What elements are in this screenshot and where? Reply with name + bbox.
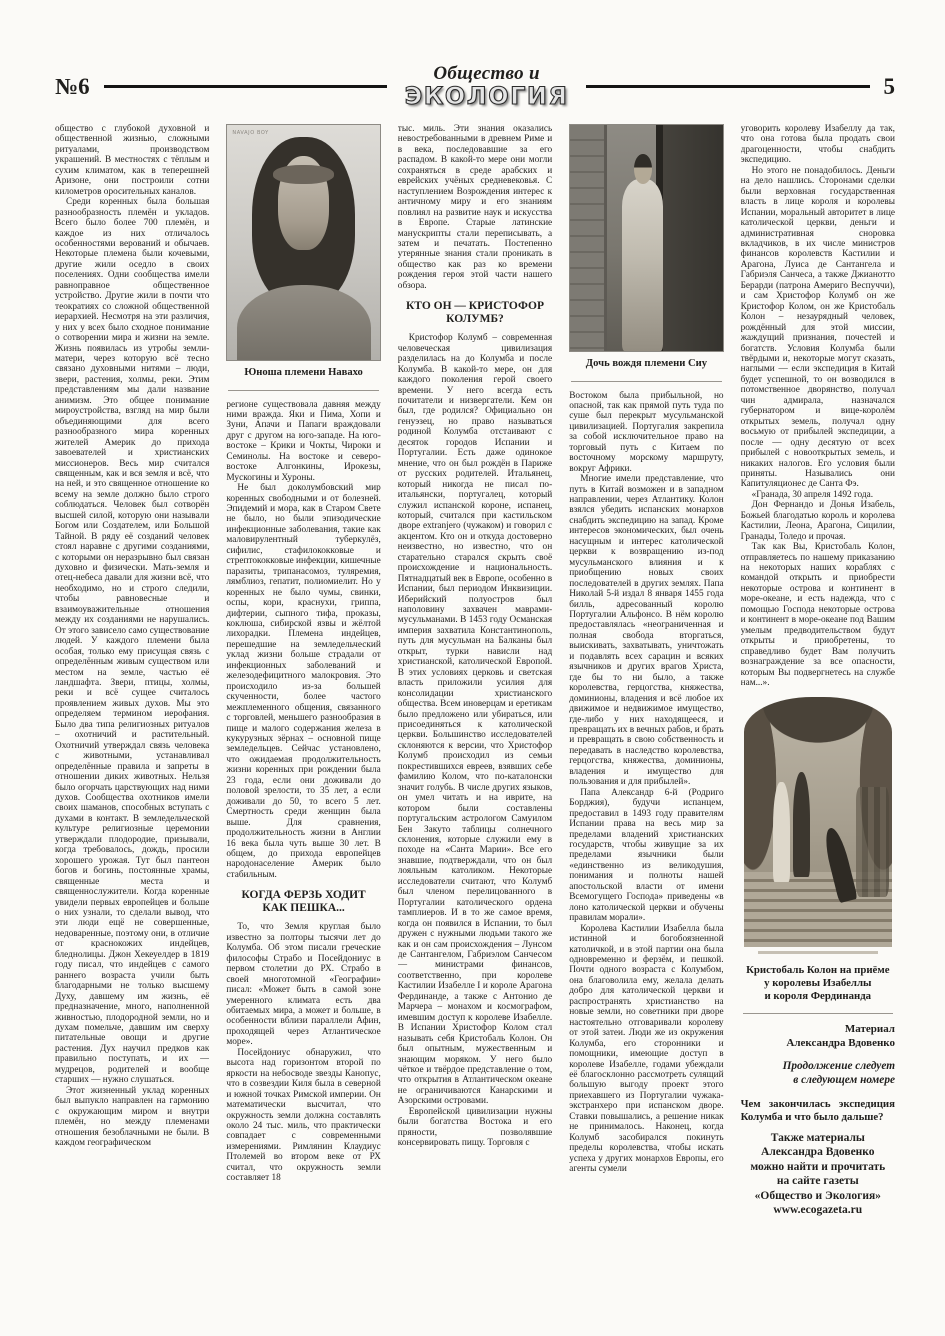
masthead-logo: Общество и ЭКОЛОГИЯ [401, 64, 573, 108]
paragraph: «Гранада, 30 апреля 1492 года. [741, 490, 895, 500]
column-5: уговорить королеву Изабеллу да так, что … [741, 124, 895, 1322]
engraving-caption: Кристобаль Колон на приёмеу королевы Иза… [741, 964, 895, 1003]
paragraph: Александра Вдовенко [741, 1145, 895, 1160]
paragraph: Также материалы [741, 1131, 895, 1146]
paragraph: Королева Кастилии Изабелла была истинной… [569, 924, 723, 1175]
paragraph: Не был доколумбовский мир коренных свобо… [226, 483, 380, 880]
paragraph: на сайте газеты [741, 1174, 895, 1189]
page-number: 5 [884, 75, 896, 98]
paragraph: www.ecogazeta.ru [741, 1203, 895, 1218]
material-credit: МатериалАлександра Вдовенко [741, 1023, 895, 1050]
engraving-columbus-reception [744, 697, 892, 947]
sioux-photo-caption: Дочь вождя племени Сиу [569, 358, 723, 371]
paragraph: Продолжение следует [741, 1059, 895, 1073]
text-block-col2-top: регионе существовала давняя между ними в… [226, 400, 380, 881]
text-block-col3-bottom: Кристофор Колумб – современная человечес… [398, 333, 552, 1148]
column-3: тыс. миль. Эти знания оказались невостре… [398, 124, 552, 1322]
paragraph: уговорить королеву Изабеллу да так, что … [741, 124, 895, 166]
text-block-col4: Востоком была прибыльной, но опасной, та… [569, 391, 723, 1175]
column-2: NAVAJO BOY Юноша племени Навахо регионе … [226, 124, 380, 1322]
engraving-art-king [793, 772, 811, 877]
section-heading-who-is-columbus: КТО ОН — КРИСТОФОР КОЛУМБ? [402, 300, 548, 326]
paragraph: Этот жизненный уклад коренных был выпукл… [55, 1086, 209, 1149]
caption-divider [571, 381, 721, 382]
paragraph: Александра Вдовенко [741, 1037, 895, 1051]
paragraph: Дон Фернандо и Донья Изабель, Божьей бла… [741, 500, 895, 542]
text-block-col1: общество с глубокой духовной и обществен… [55, 124, 209, 1148]
paragraph: Кристобаль Колон на приёме [741, 964, 895, 977]
paragraph: Многие имели представление, что путь в К… [569, 474, 723, 788]
navajo-photo-caption: Юноша племени Навахо [226, 367, 380, 380]
to-be-continued-note: Продолжение следуетв следующем номере [741, 1059, 895, 1087]
paragraph: Кристофор Колумб – современная человечес… [398, 333, 552, 1107]
masthead-line-bottom: ЭКОЛОГИЯ [405, 84, 569, 108]
paragraph: и короля Фердинанда [741, 990, 895, 1003]
section-heading-queen-pawn: КОГДА ФЕРЗЬ ХОДИТ КАК ПЕШКА... [230, 889, 376, 915]
text-block-col3-top: тыс. миль. Эти знания оказались невостре… [398, 124, 552, 291]
paragraph: Среди коренных была большая разнообразно… [55, 197, 209, 1086]
photo-art-headband [273, 165, 334, 184]
photo-art-torso [237, 285, 371, 361]
footer-divider [743, 1013, 893, 1014]
text-block-col2-bottom: То, что Земля круглая было известно за п… [226, 922, 380, 1183]
newspaper-page: №6 Общество и ЭКОЛОГИЯ 5 общество с глуб… [0, 0, 945, 1336]
photo-watermark-label: NAVAJO BOY [232, 128, 268, 138]
issue-number: №6 [55, 75, 90, 98]
engraving-microcaption [758, 951, 878, 954]
paragraph: общество с глубокой духовной и обществен… [55, 124, 209, 197]
paragraph: То, что Земля круглая было известно за п… [226, 922, 380, 1047]
paragraph: Востоком была прибыльной, но опасной, та… [569, 391, 723, 475]
photo-block-navajo: NAVAJO BOY Юноша племени Навахо [226, 124, 380, 391]
engraving-art-crowd [856, 787, 889, 897]
header-rule-right [586, 85, 869, 88]
website-promo: Также материалыАлександра Вдовенкоможно … [741, 1131, 895, 1218]
teaser-question: Чем закончилась экспедиция Колумба и что… [741, 1098, 895, 1123]
paragraph: в следующем номере [741, 1073, 895, 1087]
teaser-question-text: Чем закончилась экспедиция Колумба и что… [741, 1098, 895, 1123]
photo-art-figure [622, 179, 663, 351]
paragraph: у королевы Изабеллы [741, 977, 895, 990]
paragraph: Европейской цивилизации нужны были богат… [398, 1107, 552, 1149]
article-columns: общество с глубокой духовной и обществен… [55, 124, 895, 1322]
photo-art-head [634, 154, 652, 183]
paragraph: регионе существовала давняя между ними в… [226, 400, 380, 484]
paragraph: «Общество и Экология» [741, 1189, 895, 1204]
sioux-daughter-photo [569, 124, 723, 352]
photo-block-sioux: Дочь вождя племени Сиу [569, 124, 723, 382]
paragraph: Папа Александр 6-й (Родриго Борджия), бу… [569, 788, 723, 924]
photo-art-brick-wall [570, 125, 604, 351]
column-4: Дочь вождя племени Сиу Востоком была при… [569, 124, 723, 1322]
caption-divider [228, 390, 378, 391]
paragraph: Но этого не понадобилось. Деньги на дело… [741, 166, 895, 490]
paragraph: можно найти и прочитать [741, 1160, 895, 1175]
paragraph: Материал [741, 1023, 895, 1037]
paragraph: тыс. миль. Эти знания оказались невостре… [398, 124, 552, 291]
column-1: общество с глубокой духовной и обществен… [55, 124, 209, 1322]
page-header: №6 Общество и ЭКОЛОГИЯ 5 [55, 64, 895, 108]
header-rule-left [104, 85, 387, 88]
paragraph: Посейдониус обнаружил, что высота над го… [226, 1048, 380, 1184]
paragraph: Так как Вы, Кристобаль Колон, отправляет… [741, 542, 895, 688]
text-block-col5: уговорить королеву Изабеллу да так, что … [741, 124, 895, 688]
navajo-boy-photo: NAVAJO BOY [226, 124, 380, 361]
engraving-art-queen [773, 782, 789, 882]
masthead-line-top: Общество и [405, 64, 569, 83]
